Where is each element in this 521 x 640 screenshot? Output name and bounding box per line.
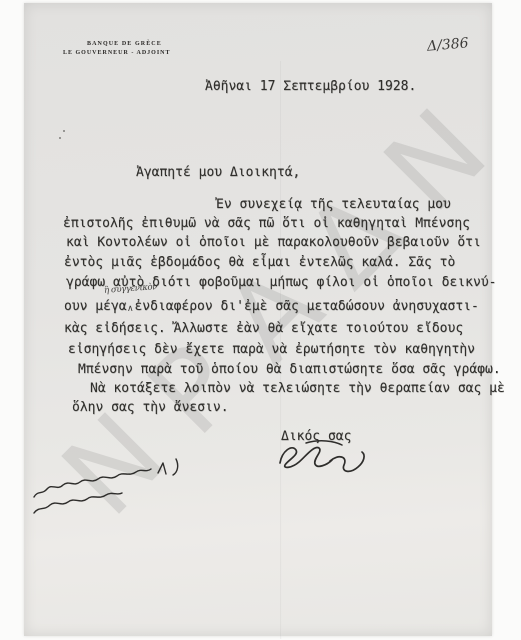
insertion-caret-mark: ∧ bbox=[127, 304, 134, 314]
signature-scribble bbox=[272, 441, 372, 479]
body-line: ὅλην σας τὴν ἄνεσιν. bbox=[72, 400, 229, 415]
body-line: Ἐν συνεχείᾳ τῆς τελευταίας μου bbox=[216, 197, 451, 212]
body-line: καὶ Κοντολέων οἱ ὁποῖοι μὲ παρακολουθοῦν… bbox=[66, 235, 481, 250]
dateline: Ἀθῆναι 17 Σεπτεμβρίου 1928. bbox=[205, 79, 416, 94]
scanned-letter-screenshot: Ν Ρ Α Δ Ν BANQUE DE GRÈCE LE GOUVERNEUR … bbox=[0, 0, 521, 640]
ink-speck bbox=[63, 130, 65, 132]
body-line: κὰς εἰδήσεις. Ἄλλωστε ἐὰν θὰ εἴχατε τοιο… bbox=[64, 321, 463, 336]
letterhead-bank-name: BANQUE DE GRÈCE bbox=[87, 41, 171, 47]
ink-speck bbox=[59, 137, 61, 139]
body-line: Μπένσην παρὰ τοῦ ὁποίου θὰ διαπιστώσητε … bbox=[78, 362, 501, 377]
handwritten-note bbox=[30, 455, 200, 517]
body-line: Νὰ κοτάξετε λοιπὸν νὰ τελειώσητε τὴν θερ… bbox=[90, 381, 505, 396]
body-line: εἰσηγήσεις δὲν ἔχετε παρὰ νὰ ἐρωτήσητε τ… bbox=[68, 342, 475, 357]
letterhead-title: LE GOUVERNEUR - ADJOINT bbox=[63, 50, 171, 56]
body-line: ἐπιστολῆς ἐπιθυμῶ νὰ σᾶς πῶ ὅτι οἱ καθηγ… bbox=[63, 216, 470, 231]
body-line: ἐντὸς μιᾶς ἑβδομάδος θὰ εἶμαι ἐντελῶς κα… bbox=[64, 255, 455, 270]
salutation: Ἀγαπητέ μου Διοικητά, bbox=[136, 165, 300, 180]
letter-paper: Ν Ρ Α Δ Ν bbox=[24, 3, 492, 636]
letterhead: BANQUE DE GRÈCE LE GOUVERNEUR - ADJOINT bbox=[63, 41, 171, 56]
